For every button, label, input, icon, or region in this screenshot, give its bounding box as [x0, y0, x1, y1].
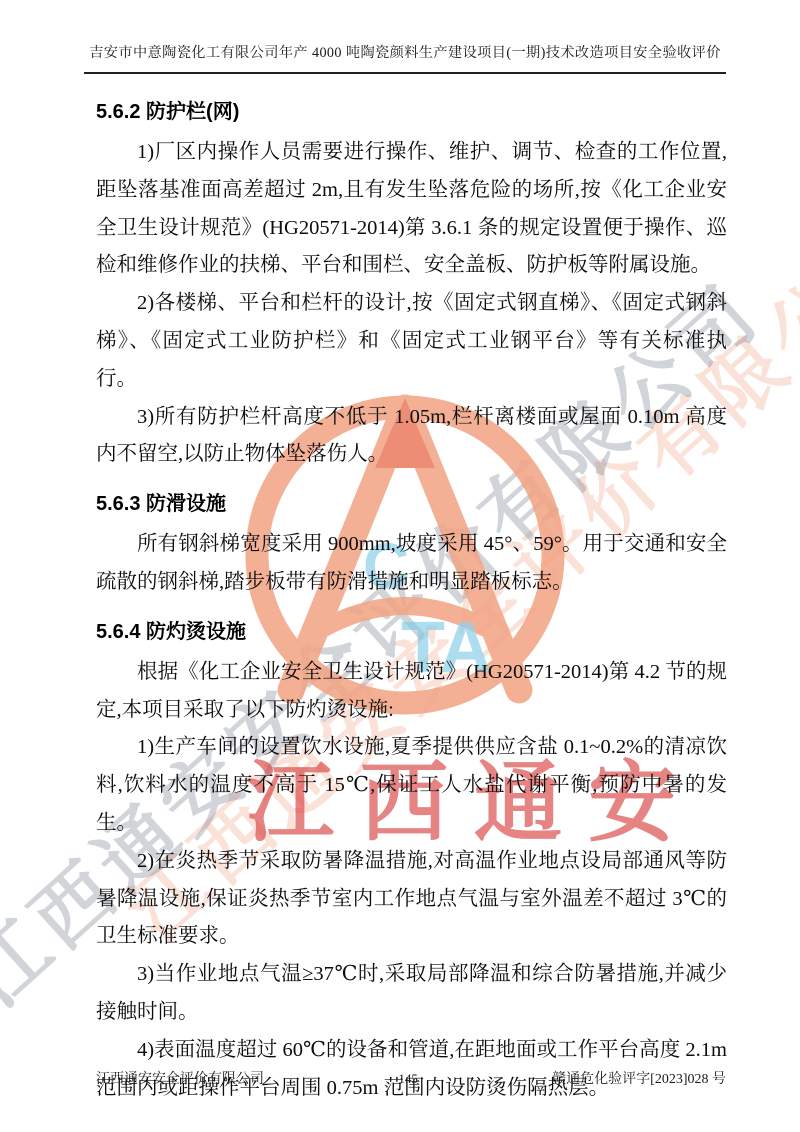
body-paragraph: 1)厂区内操作人员需要进行操作、维护、调节、检查的工作位置,距坠落基准面高差超过… — [96, 134, 727, 285]
body-paragraph: 1)生产车间的设置饮水设施,夏季提供供应含盐 0.1~0.2%的清凉饮料,饮料水… — [96, 729, 727, 842]
page-header: 吉安市中意陶瓷化工有限公司年产 4000 吨陶瓷颜料生产建设项目(一期)技术改造… — [84, 0, 726, 74]
footer-page-number: 145 — [398, 1071, 418, 1087]
body-paragraph: 3)所有防护栏杆高度不低于 1.05m,栏杆离楼面或屋面 0.10m 高度内不留… — [96, 399, 727, 475]
body-paragraph: 所有钢斜梯宽度采用 900mm,坡度采用 45°、59°。用于交通和安全疏散的钢… — [96, 526, 727, 602]
section-heading: 5.6.4 防灼烫设施 — [96, 617, 727, 647]
body-paragraph: 2)在炎热季节采取防暑降温措施,对高温作业地点设局部通风等防暑降温设施,保证炎热… — [96, 843, 727, 956]
footer-company: 江西通安安全评价有限公司 — [96, 1068, 264, 1088]
header-title: 吉安市中意陶瓷化工有限公司年产 4000 吨陶瓷颜料生产建设项目(一期)技术改造… — [84, 42, 726, 62]
page-footer: 江西通安安全评价有限公司 145 赣通危化验评字[2023]028 号 — [96, 1068, 726, 1088]
body-paragraph: 3)当作业地点气温≥37℃时,采取局部降温和综合防暑措施,并减少接触时间。 — [96, 956, 727, 1032]
section-heading: 5.6.3 防滑设施 — [96, 489, 727, 519]
body-paragraph: 根据《化工企业安全卫生设计规范》(HG20571-2014)第 4.2 节的规定… — [96, 654, 727, 730]
document-page: 江西通安安全评价有限公司 江西通安安全评价有限公司 C TA 江西通安 吉安市中… — [0, 0, 800, 1132]
footer-doc-number: 赣通危化验评字[2023]028 号 — [552, 1068, 726, 1088]
section-heading: 5.6.2 防护栏(网) — [96, 97, 727, 127]
body-paragraph: 2)各楼梯、平台和栏杆的设计,按《固定式钢直梯》、《固定式钢斜梯》、《固定式工业… — [96, 285, 727, 398]
document-body: 5.6.2 防护栏(网)1)厂区内操作人员需要进行操作、维护、调节、检查的工作位… — [96, 74, 727, 1107]
